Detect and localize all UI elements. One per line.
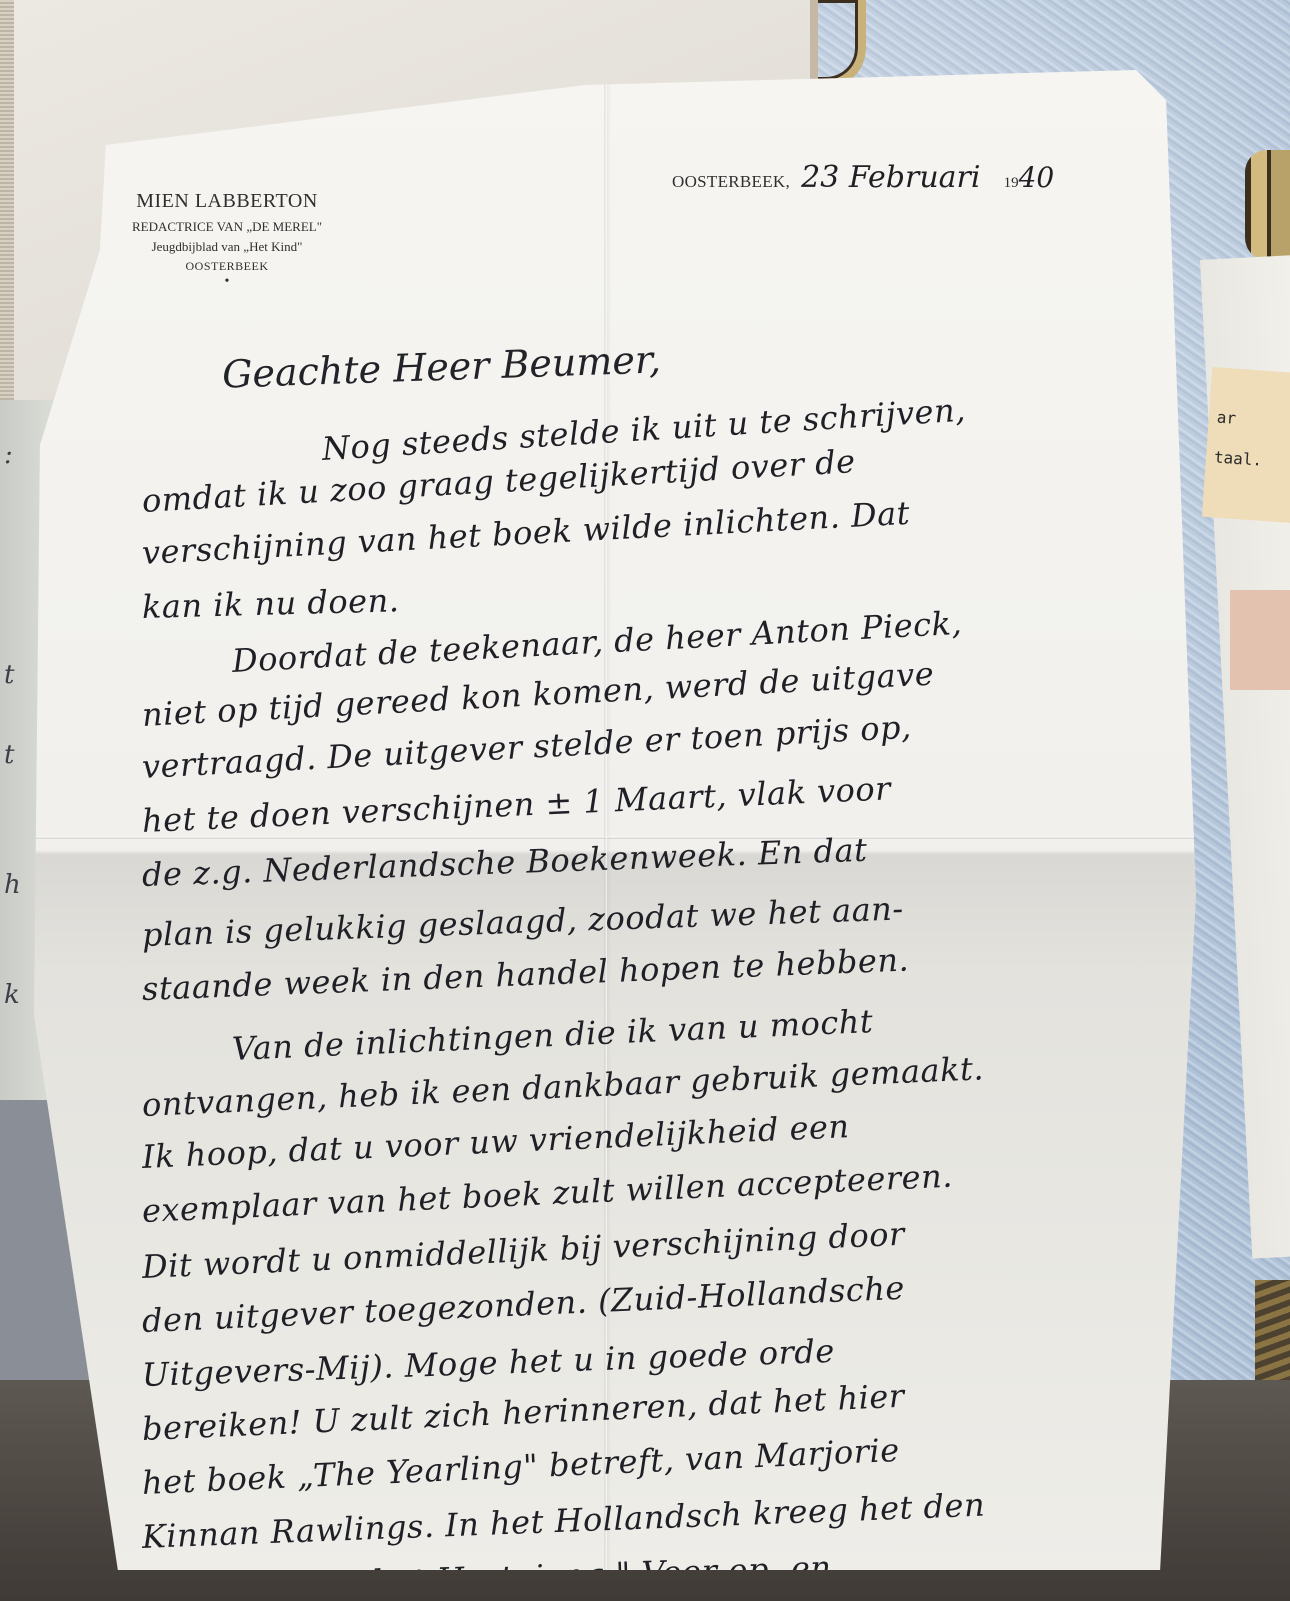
- letterhead-subtitle: Jeugdbijblad van „Het Kind": [92, 239, 362, 255]
- dateline-year-printed: 19: [1004, 175, 1019, 191]
- letterhead: MIEN LABBERTON REDACTRICE VAN „DE MEREL"…: [92, 190, 362, 290]
- letterhead-town: OOSTERBEEK: [92, 259, 362, 274]
- dateline-date: 23 Februari: [801, 160, 980, 195]
- typed-line: taal.: [1213, 437, 1290, 483]
- fragment-text: t: [4, 740, 14, 770]
- fragment-text: t: [4, 660, 14, 690]
- typed-line: ar: [1215, 398, 1290, 444]
- letter-line: kan ik nu doen.: [142, 581, 400, 626]
- salutation: Geachte Heer Beumer,: [221, 337, 661, 396]
- pink-paper-slip: [1230, 590, 1290, 690]
- letterhead-role: REDACTRICE VAN „DE MEREL": [92, 219, 362, 235]
- letter-sheet: MIEN LABBERTON REDACTRICE VAN „DE MEREL"…: [22, 70, 1220, 1570]
- fragment-text: h: [4, 870, 21, 900]
- letter-line: de z.g. Nederlandsche Boekenweek. En dat: [141, 831, 868, 894]
- gold-ornament-right: [1245, 150, 1290, 260]
- letterhead-name: MIEN LABBERTON: [92, 190, 362, 213]
- fragment-text: :: [4, 440, 13, 470]
- letterhead-dot: •: [92, 274, 362, 290]
- dateline: OOSTERBEEK, 23 Februari 1940: [672, 160, 1054, 195]
- fragment-text: k: [4, 980, 20, 1010]
- typed-paper-slip: ar taal.: [1202, 367, 1290, 523]
- dateline-place: OOSTERBEEK,: [672, 172, 790, 191]
- letter-line: staande week in den handel hopen te hebb…: [141, 941, 909, 1008]
- dateline-year-handwritten: 40: [1019, 161, 1055, 194]
